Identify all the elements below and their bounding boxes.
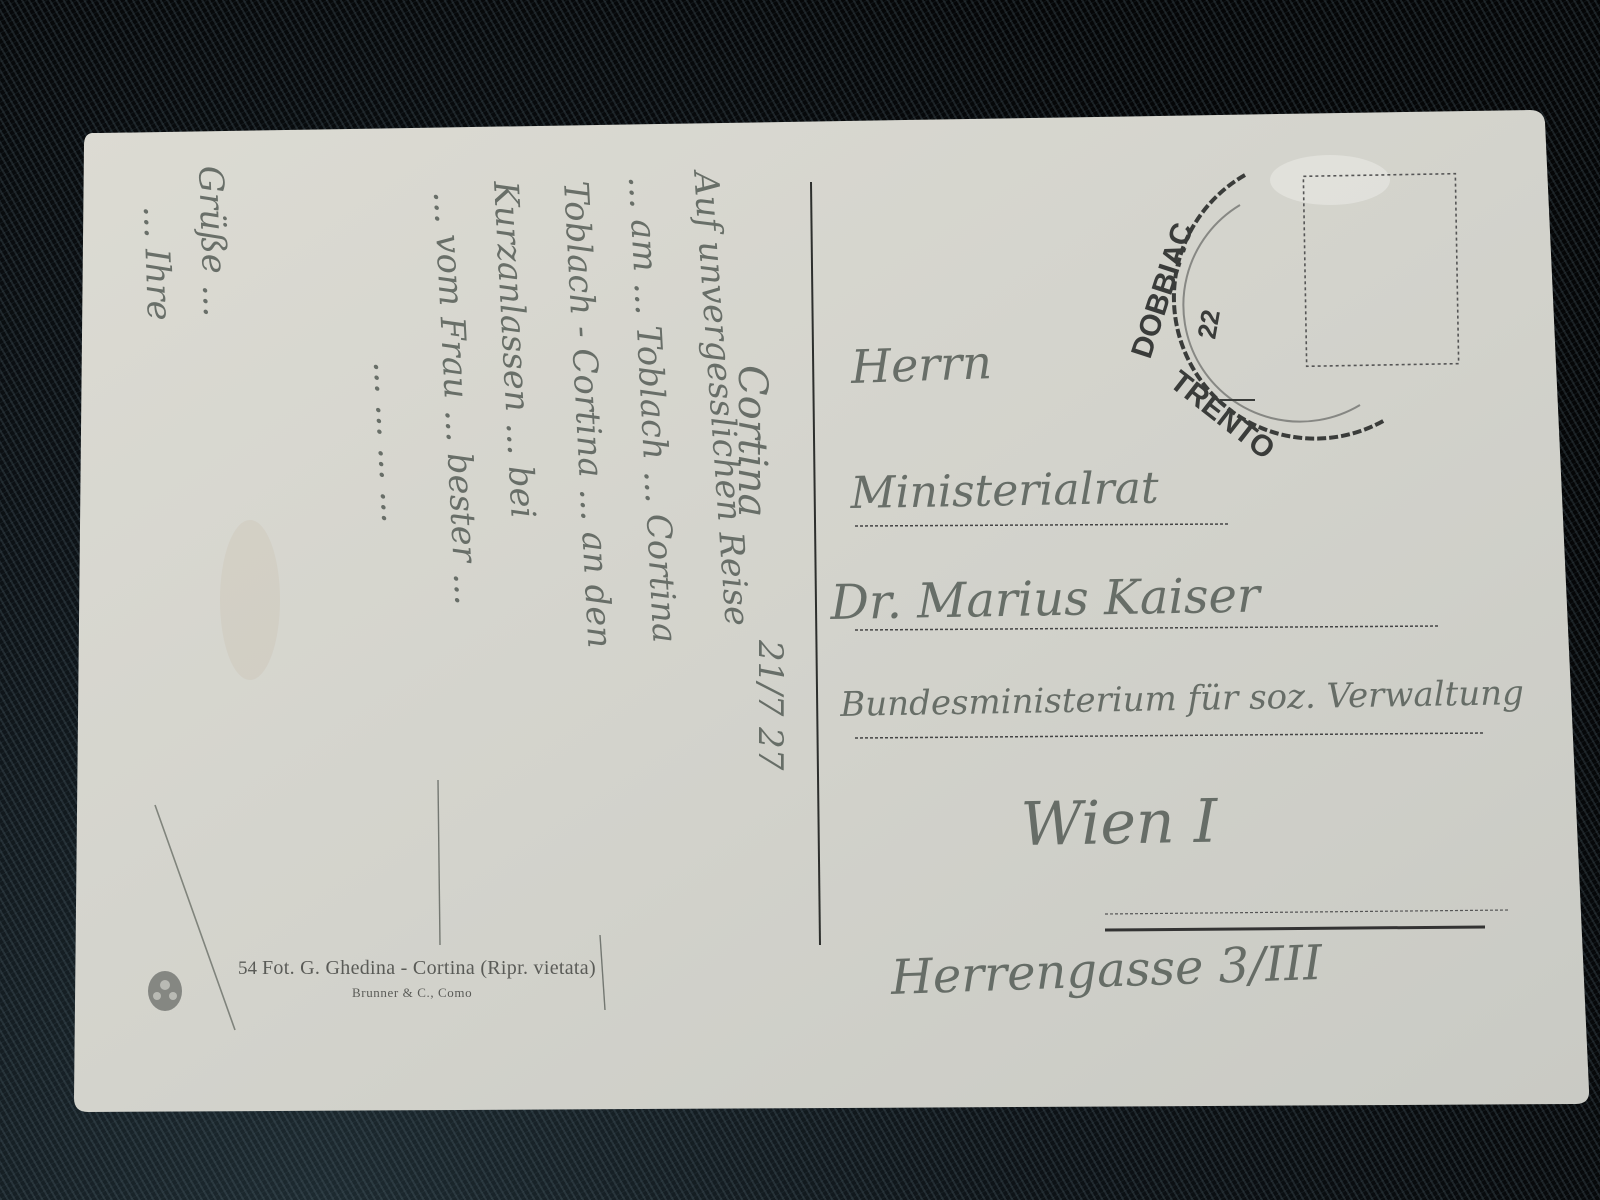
address-title: Ministerialrat: [850, 463, 1159, 519]
address-salutation: Herrn: [850, 335, 993, 394]
margin-note-1: Grüße ...: [190, 165, 235, 318]
imprint-number: 54: [238, 958, 257, 980]
imprint-line-2: Brunner & C., Como: [352, 985, 472, 1001]
message-date: 21/7 27: [750, 640, 790, 770]
address-recipient-name: Dr. Marius Kaiser: [830, 568, 1260, 631]
address-city: Wien I: [1020, 787, 1218, 860]
postmark-day: 22: [1191, 307, 1226, 341]
message-line-6: ... ... ... ...: [365, 360, 413, 524]
postcard: DOBBIAC TRENTO 22 Herrn Ministerialrat D…: [0, 0, 1600, 1200]
margin-note-2: ... Ihre: [135, 205, 179, 321]
publisher-emblem-icon: [148, 971, 182, 1011]
imprint-line-1: Fot. G. Ghedina - Cortina (Ripr. vietata…: [262, 957, 596, 980]
postcard-shape: DOBBIAC TRENTO 22: [0, 0, 1600, 1200]
